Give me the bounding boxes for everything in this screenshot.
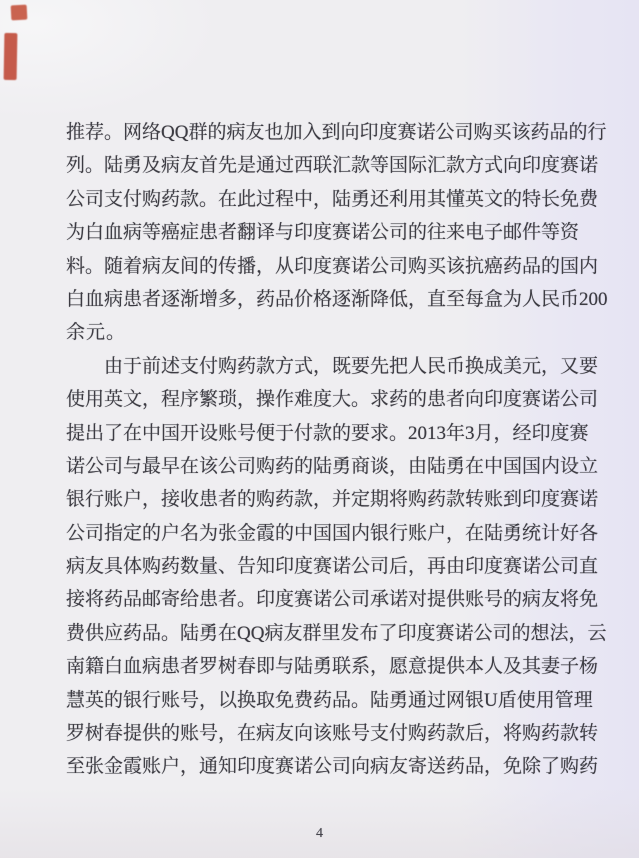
text-line: 至张金霞账户，通知印度赛诺公司向病友寄送药品，免除了购药 xyxy=(66,750,576,783)
text-line: 病友具体购药数量、告知印度赛诺公司后，再由印度赛诺公司直 xyxy=(66,550,576,583)
scan-tint-bottom xyxy=(0,788,639,858)
text-line: 列。陆勇及病友首先是通过西联汇款等国际汇款方式向印度赛诺 xyxy=(66,149,576,182)
page-number: 4 xyxy=(0,826,639,842)
text-line: 料。随着病友间的传播，从印度赛诺公司购买该抗癌药品的国内 xyxy=(66,250,576,283)
red-stamp-mark-small xyxy=(11,5,28,21)
text-line: 接将药品邮寄给患者。印度赛诺公司承诺对提供账号的病友将免 xyxy=(66,583,576,616)
text-line: 费供应药品。陆勇在QQ病友群里发布了印度赛诺公司的想法，云 xyxy=(66,617,576,650)
text-line: 推荐。网络QQ群的病友也加入到向印度赛诺公司购买该药品的行 xyxy=(66,116,576,149)
scanned-document-page: 推荐。网络QQ群的病友也加入到向印度赛诺公司购买该药品的行 列。陆勇及病友首先是… xyxy=(0,0,639,858)
red-stamp-mark-bar xyxy=(4,33,18,80)
text-line: 由于前述支付购药款方式，既要先把人民币换成美元，又要 xyxy=(66,350,576,383)
text-line: 公司支付购药款。在此过程中，陆勇还利用其懂英文的特长免费 xyxy=(66,183,576,216)
text-line: 罗树春提供的账号，在病友向该账号支付购药款后，将购药款转 xyxy=(66,717,576,750)
text-line: 银行账户，接收患者的购药款，并定期将购药款转账到印度赛诺 xyxy=(66,483,576,516)
document-body-text: 推荐。网络QQ群的病友也加入到向印度赛诺公司购买该药品的行 列。陆勇及病友首先是… xyxy=(66,116,576,784)
text-line: 南籍白血病患者罗树春即与陆勇联系，愿意提供本人及其妻子杨 xyxy=(66,650,576,683)
text-line: 提出了在中国开设账号便于付款的要求。2013年3月，经印度赛 xyxy=(66,417,576,450)
text-line: 诺公司与最早在该公司购药的陆勇商谈，由陆勇在中国国内设立 xyxy=(66,450,576,483)
scan-highlight-topleft xyxy=(0,0,220,120)
text-line: 余元。 xyxy=(66,316,576,349)
text-line: 慧英的银行账号，以换取免费药品。陆勇通过网银U盾使用管理 xyxy=(66,684,576,717)
text-line: 公司指定的户名为张金霞的中国国内银行账户，在陆勇统计好各 xyxy=(66,517,576,550)
text-line: 白血病患者逐渐增多，药品价格逐渐降低，直至每盒为人民币200 xyxy=(66,283,576,316)
text-line: 使用英文，程序繁琐，操作难度大。求药的患者向印度赛诺公司 xyxy=(66,383,576,416)
text-line: 为白血病等癌症患者翻译与印度赛诺公司的往来电子邮件等资 xyxy=(66,216,576,249)
